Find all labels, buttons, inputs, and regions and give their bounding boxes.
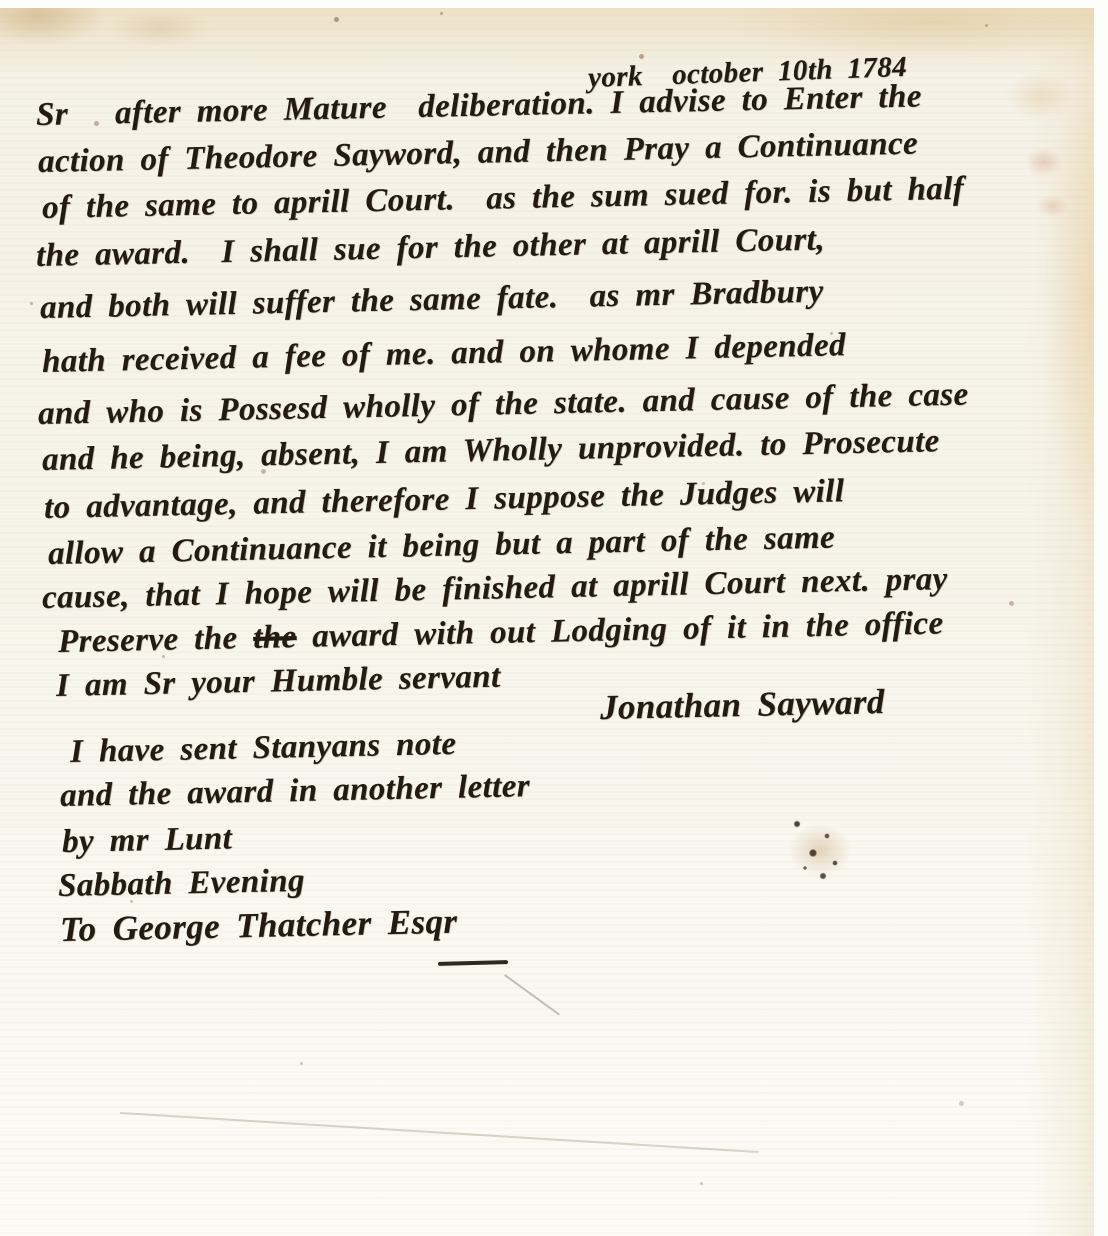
postscript-line-4: Sabbath Evening	[58, 861, 306, 906]
scan-edge-right	[1094, 0, 1108, 1236]
scan-edge-top	[0, 0, 1108, 8]
struck-word: the	[253, 619, 297, 656]
signature: Jonathan Sayward	[600, 682, 886, 728]
ink-blot-stain	[775, 808, 870, 888]
manuscript-letter: york october 10th 1784 Sr after more Mat…	[0, 0, 1108, 1236]
preserve-prefix: Preserve the	[58, 620, 254, 660]
address-line: To George Thatcher Esqr	[60, 902, 458, 950]
postscript-line-3: by mr Lunt	[62, 818, 233, 862]
postscript-line-1: I have sent Stanyans note	[70, 724, 457, 772]
foxing-specks	[0, 0, 3, 3]
